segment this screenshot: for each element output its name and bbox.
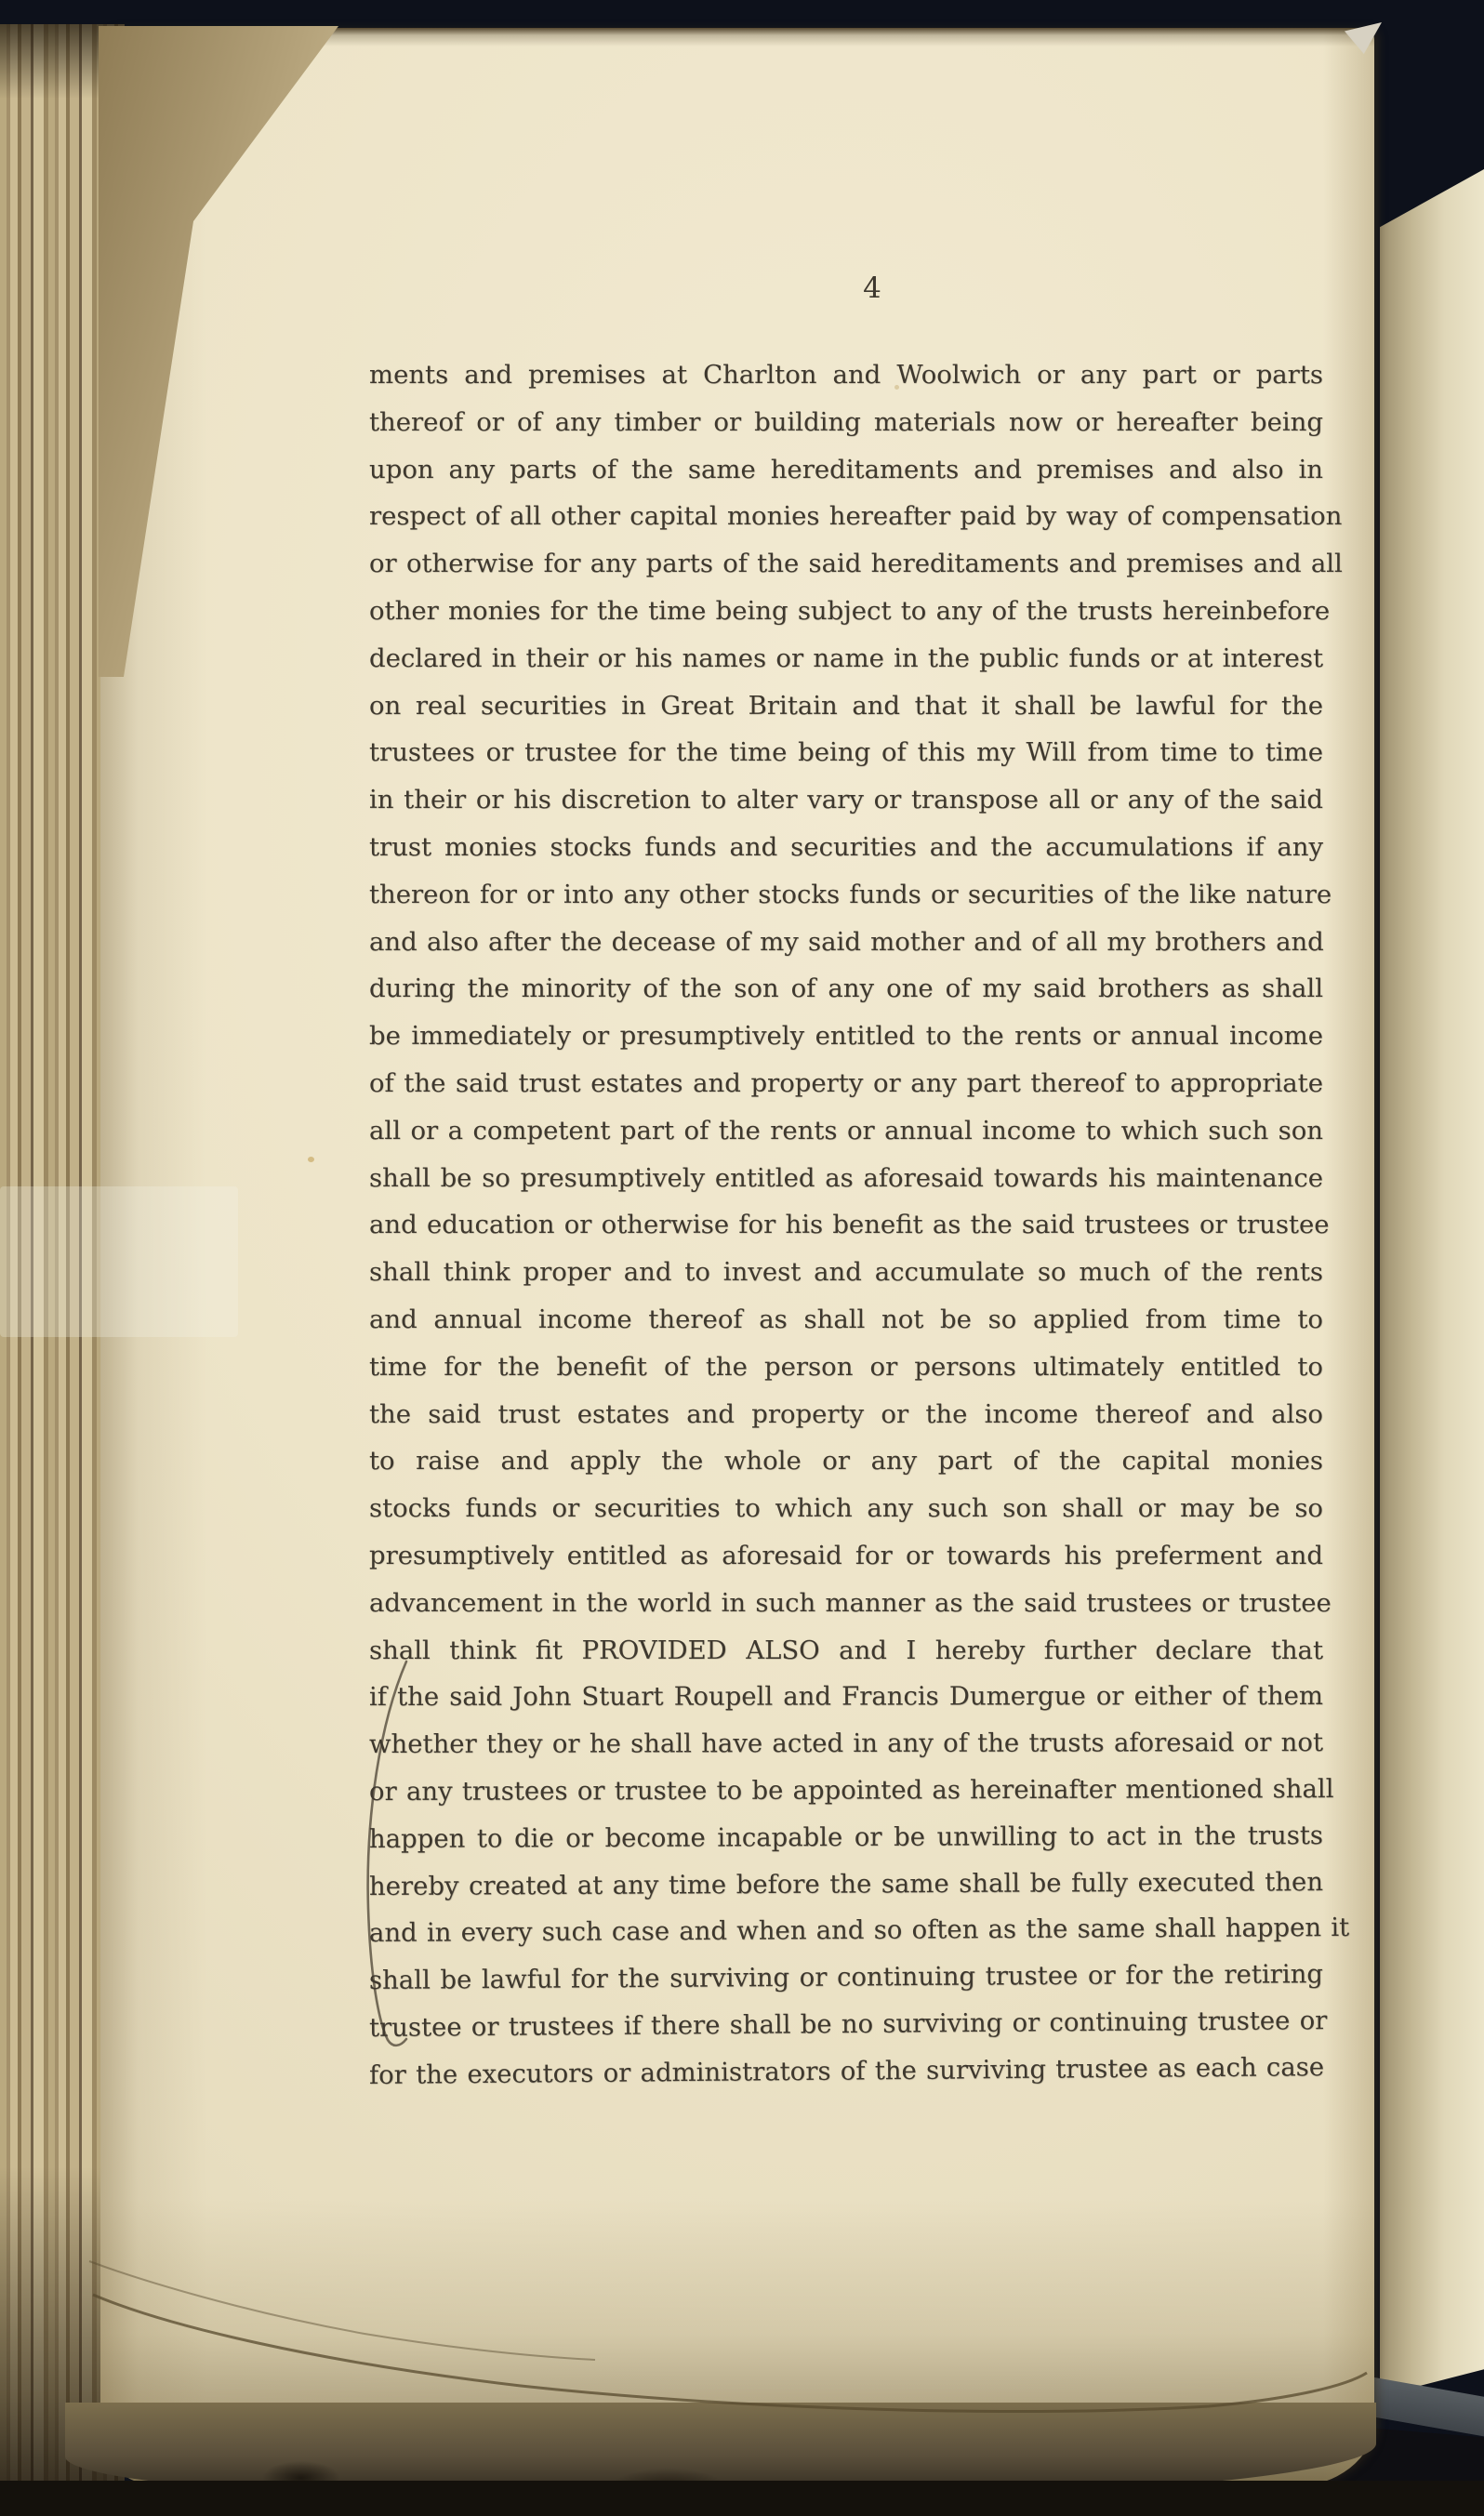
text-line: trust monies stocks funds and securities… xyxy=(369,824,1323,871)
text-line: declared in their or his names or name i… xyxy=(369,635,1323,682)
text-line: advancement in the world in such manner … xyxy=(369,1580,1323,1627)
text-line: to raise and apply the whole or any part… xyxy=(369,1437,1323,1485)
text-line: on real securities in Great Britain and … xyxy=(369,682,1323,730)
text-line: hereby created at any time before the sa… xyxy=(369,1859,1323,1911)
text-line: thereof or of any timber or building mat… xyxy=(369,399,1323,446)
text-line: during the minority of the son of any on… xyxy=(369,965,1323,1013)
under-page-edge-line-2 xyxy=(89,2261,595,2360)
text-line: the said trust estates and property or t… xyxy=(369,1391,1323,1438)
text-line: be immediately or presumptively entitled… xyxy=(369,1013,1323,1060)
text-line: shall think fit PROVIDED ALSO and I here… xyxy=(369,1627,1323,1675)
book-photo: 4 ments and premises at Charlton and Woo… xyxy=(0,0,1484,2516)
text-line: trustee or trustees if there shall be no… xyxy=(369,1997,1323,2052)
text-line: for the executors or administrators of t… xyxy=(369,2044,1323,2099)
text-line: of the said trust estates and property o… xyxy=(369,1060,1323,1107)
text-line: whether they or he shall have acted in a… xyxy=(369,1719,1323,1768)
text-line: other monies for the time being subject … xyxy=(369,588,1323,635)
text-line: shall think proper and to invest and acc… xyxy=(369,1249,1323,1296)
page-text: ments and premises at Charlton and Woolw… xyxy=(369,351,1323,2099)
text-line: respect of all other capital monies here… xyxy=(369,493,1323,540)
text-line: presumptively entitled as aforesaid for … xyxy=(369,1532,1323,1580)
text-line: or any trustees or trustee to be appoint… xyxy=(369,1766,1323,1816)
text-line: if the said John Stuart Roupell and Fran… xyxy=(369,1673,1323,1721)
text-line: all or a competent part of the rents or … xyxy=(369,1107,1323,1155)
text-line: time for the benefit of the person or pe… xyxy=(369,1344,1323,1391)
text-line: and in every such case and when and so o… xyxy=(369,1904,1323,1957)
paper-speck xyxy=(308,1157,314,1162)
text-line: thereon for or into any other stocks fun… xyxy=(369,871,1323,919)
text-line: upon any parts of the same hereditaments… xyxy=(369,446,1323,494)
text-line: and education or otherwise for his benef… xyxy=(369,1201,1323,1249)
text-line: trustees or trustee for the time being o… xyxy=(369,729,1323,776)
text-line: shall be lawful for the surviving or con… xyxy=(369,1951,1323,2005)
page-number: 4 xyxy=(835,271,909,305)
text-line: or otherwise for any parts of the said h… xyxy=(369,540,1323,588)
text-line: shall be so presumptively entitled as af… xyxy=(369,1155,1323,1202)
text-line: stocks funds or securities to which any … xyxy=(369,1485,1323,1532)
text-line: ments and premises at Charlton and Woolw… xyxy=(369,351,1323,399)
under-page-edge-line xyxy=(93,2295,1367,2411)
text-line: and annual income thereof as shall not b… xyxy=(369,1296,1323,1344)
text-line: happen to die or become incapable or be … xyxy=(369,1812,1323,1863)
text-line: and also after the decease of my said mo… xyxy=(369,919,1323,966)
text-line: in their or his discretion to alter vary… xyxy=(369,776,1323,824)
